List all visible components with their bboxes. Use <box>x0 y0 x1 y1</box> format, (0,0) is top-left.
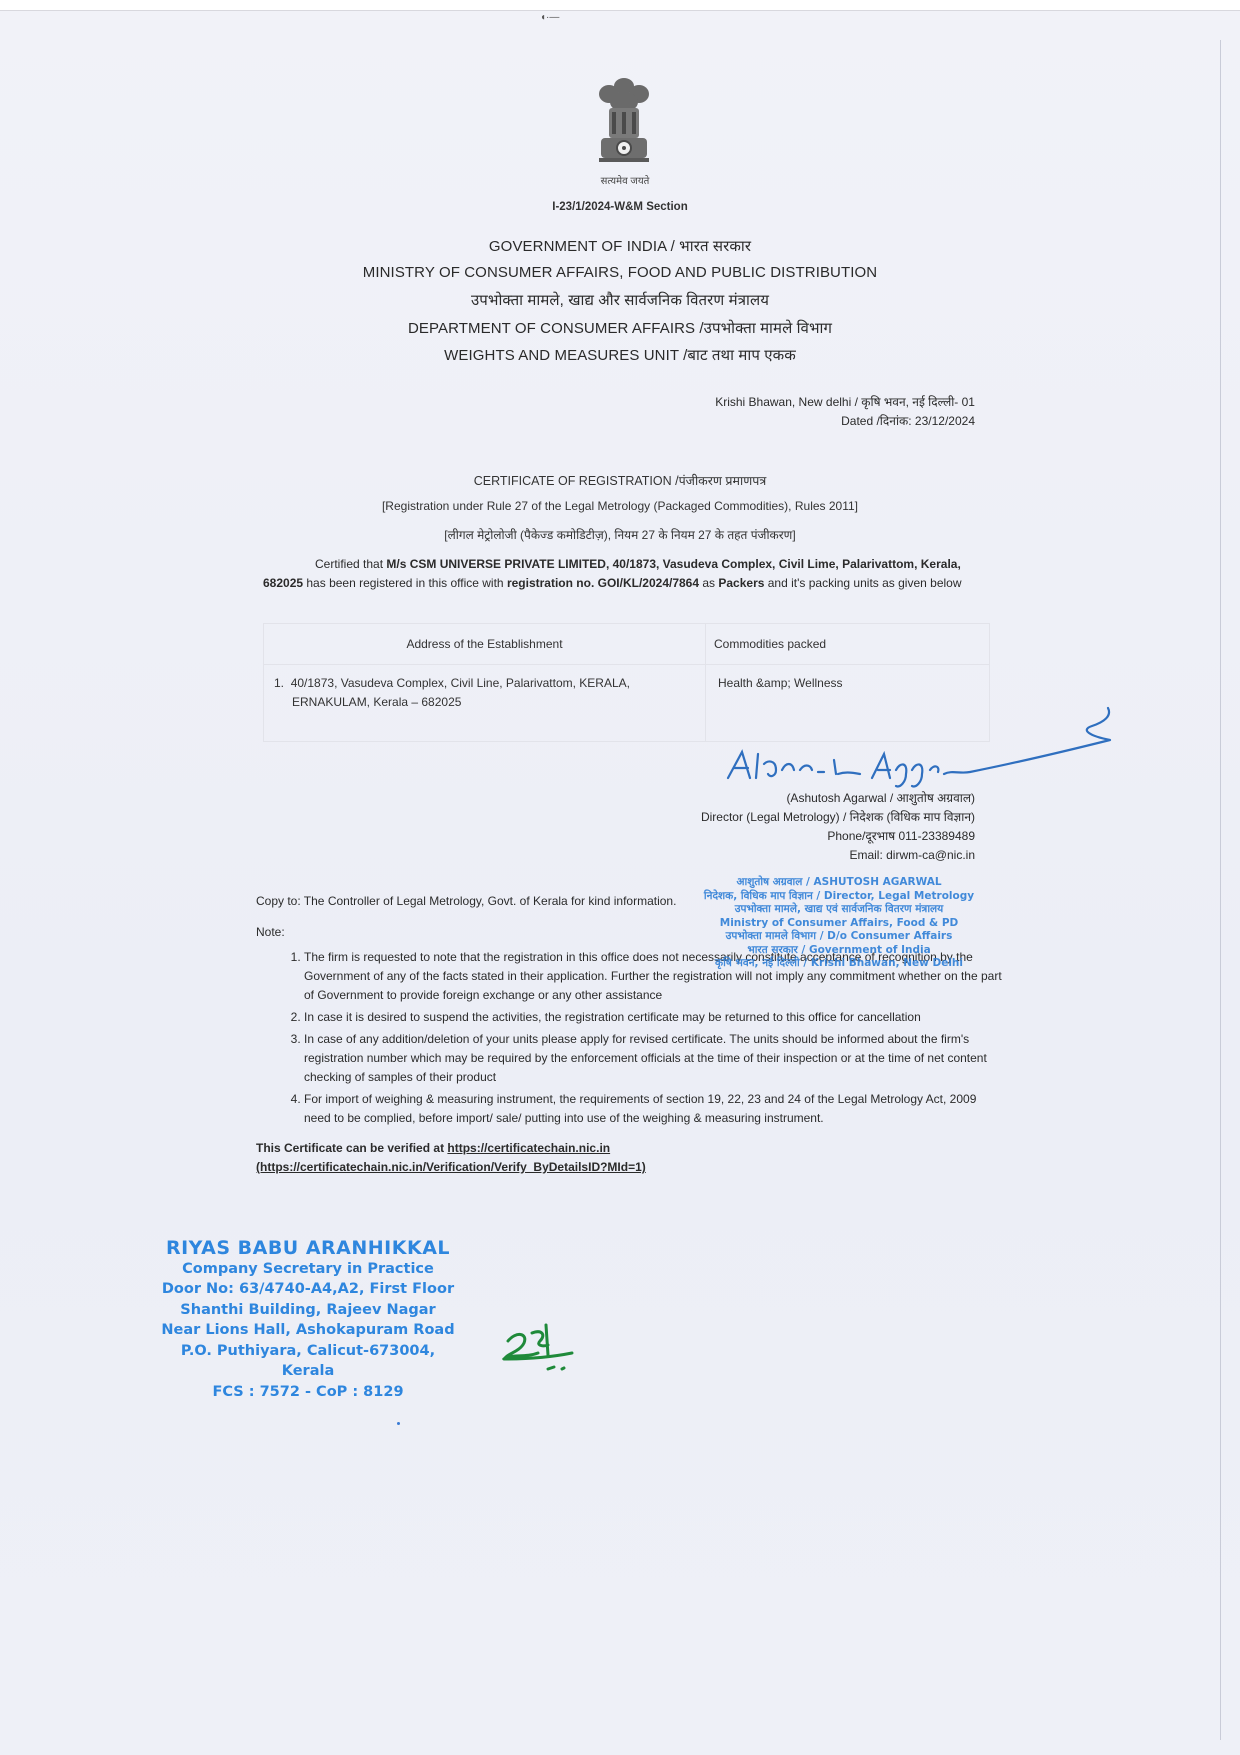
certification-paragraph: Certified that M/s CSM UNIVERSE PRIVATE … <box>263 555 995 593</box>
official-stamp: आशुतोष अग्रवाल / ASHUTOSH AGARWAL निदेशक… <box>703 876 975 971</box>
verification-block: This Certificate can be verified at http… <box>256 1139 646 1177</box>
verification-link[interactable]: https://certificatechain.nic.in <box>447 1141 610 1155</box>
col-header-address: Address of the Establishment <box>264 624 706 665</box>
certificate-subtitle-en: [Registration under Rule 27 of the Legal… <box>0 499 1240 513</box>
header-department: DEPARTMENT OF CONSUMER AFFAIRS /उपभोक्ता… <box>0 318 1240 338</box>
emblem-motto: सत्यमेव जयते <box>560 173 690 187</box>
scan-top-edge <box>0 0 1240 11</box>
note-label: Note: <box>256 925 285 939</box>
cs-name: RIYAS BABU ARANHIKKAL <box>158 1238 458 1259</box>
copy-to-line: Copy to: The Controller of Legal Metrolo… <box>256 894 676 908</box>
place-line: Krishi Bhawan, New delhi / कृषि भवन, नई … <box>715 393 975 410</box>
file-reference: I-23/1/2024-W&M Section <box>0 201 1240 213</box>
header-ministry-hindi: उपभोक्ता मामले, खाद्य और सार्वजनिक वितरण… <box>0 290 1240 310</box>
signatory-block: (Ashutosh Agarwal / आशुतोष अग्रवाल) Dire… <box>701 789 975 865</box>
certificate-subtitle-hi: [लीगल मेट्रोलोजी (पैकेज्ड कमोडिटीज़), नि… <box>0 526 1240 543</box>
certificate-title: CERTIFICATE OF REGISTRATION /पंजीकरण प्र… <box>0 472 1240 489</box>
header-unit: WEIGHTS AND MEASURES UNIT /बाट तथा माप ए… <box>0 345 1240 365</box>
company-secretary-stamp: RIYAS BABU ARANHIKKAL Company Secretary … <box>158 1238 458 1402</box>
signatory-phone: Phone/दूरभाष 011-23389489 <box>701 827 975 846</box>
signatory-designation: Director (Legal Metrology) / निदेशक (विध… <box>701 808 975 827</box>
notes-list: The firm is requested to note that the r… <box>290 948 1004 1131</box>
address-cell: 1. 40/1873, Vasudeva Complex, Civil Line… <box>264 665 706 742</box>
national-emblem-icon <box>595 72 653 172</box>
ink-dot <box>397 1422 400 1425</box>
note-item: In case it is desired to suspend the act… <box>304 1008 1004 1027</box>
signatory-name: (Ashutosh Agarwal / आशुतोष अग्रवाल) <box>701 789 975 808</box>
handwritten-signature <box>720 700 1120 800</box>
registration-number: registration no. GOI/KL/2024/7864 <box>507 576 699 590</box>
header-government: GOVERNMENT OF INDIA / भारत सरकार <box>0 236 1240 256</box>
note-item: For import of weighing & measuring instr… <box>304 1090 1004 1128</box>
verification-detail-link[interactable]: (https://certificatechain.nic.in/Verific… <box>256 1160 646 1174</box>
scanned-certificate-page: ◖·— सत्यमेव जयते I-23/1/2024-W&M Section… <box>0 0 1240 1755</box>
date-line: Dated /दिनांक: 23/12/2024 <box>841 412 975 429</box>
note-item: In case of any addition/deletion of your… <box>304 1030 1004 1087</box>
header-ministry: MINISTRY OF CONSUMER AFFAIRS, FOOD AND P… <box>0 264 1240 281</box>
col-header-commodities: Commodities packed <box>706 624 990 665</box>
signatory-email: Email: dirwm-ca@nic.in <box>701 846 975 865</box>
registration-role: Packers <box>718 576 764 590</box>
green-initials-signature <box>502 1323 582 1383</box>
scan-artifact: ◖·— <box>540 12 559 23</box>
